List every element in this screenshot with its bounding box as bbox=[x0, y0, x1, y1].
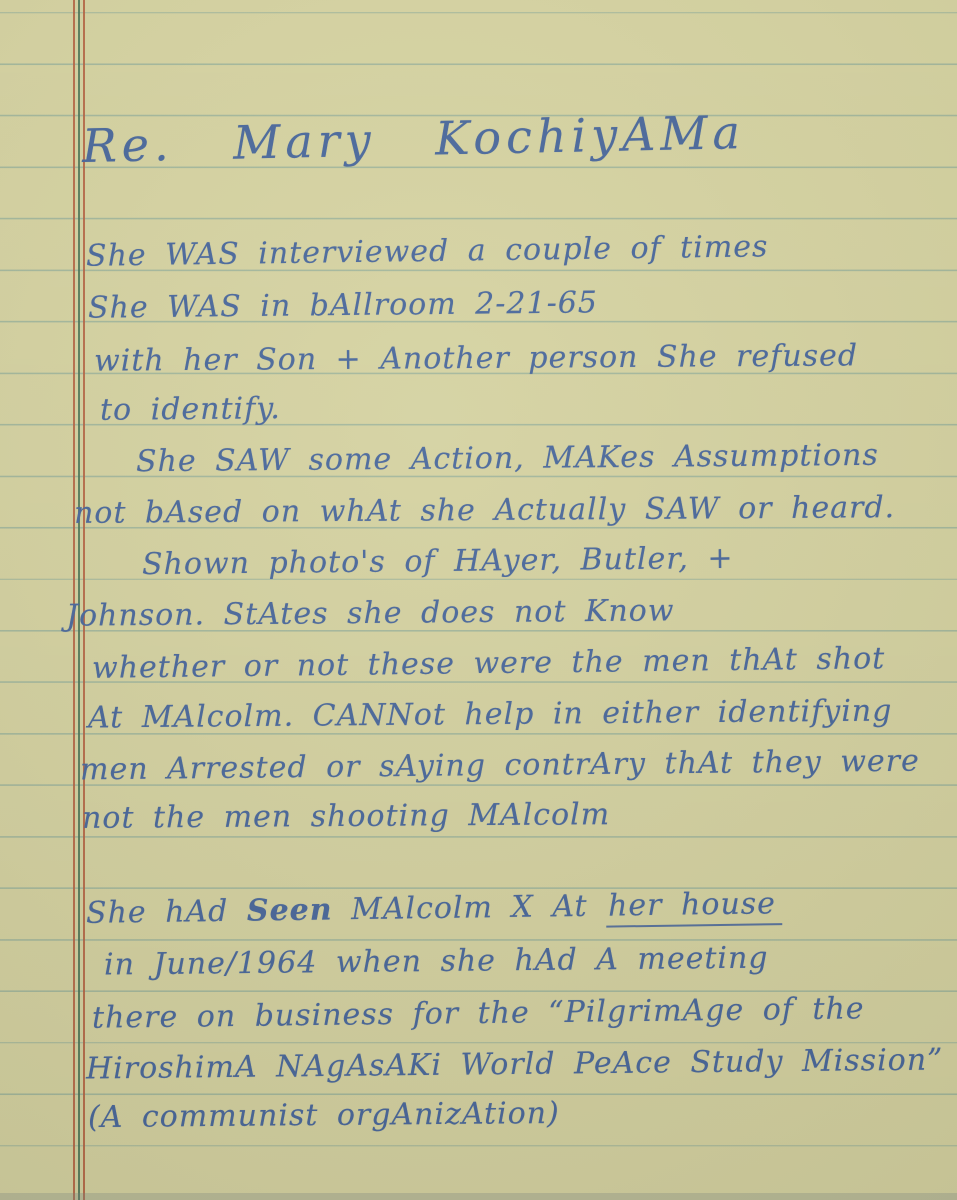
note-line: Johnson. StAtes she does not Know bbox=[66, 593, 675, 633]
note-line: She WAS in bAllroom 2-21-65 bbox=[88, 285, 598, 325]
note-line: with her Son + Another person She refuse… bbox=[94, 338, 858, 378]
note-line: She SAW some Action, MAKes Assumptions bbox=[136, 438, 879, 479]
note-line: to identify. bbox=[100, 391, 281, 428]
note-line: not bAsed on whAt she Actually SAW or he… bbox=[74, 490, 895, 531]
note-line: not the men shooting MAlcolm bbox=[82, 797, 610, 836]
legal-pad-page: Re. Mary KochiyAMa She WAS interviewed a… bbox=[0, 0, 957, 1200]
page-bottom-edge bbox=[0, 1193, 957, 1200]
seen-line-underlined-phrase: her house bbox=[606, 886, 782, 927]
seen-line-prefix: She hAd bbox=[86, 894, 247, 931]
note-line: in June/1964 when she hAd A meeting bbox=[104, 941, 769, 983]
note-line: (A communist orgAnizAtion) bbox=[88, 1096, 560, 1135]
seen-line-emphasis: Seen bbox=[247, 892, 333, 928]
seen-line-middle: MAlcolm X At bbox=[332, 889, 606, 928]
note-line: Shown photo's of HAyer, Butler, + bbox=[142, 541, 734, 582]
note-line: At MAlcolm. CANNot help in either identi… bbox=[88, 693, 893, 735]
